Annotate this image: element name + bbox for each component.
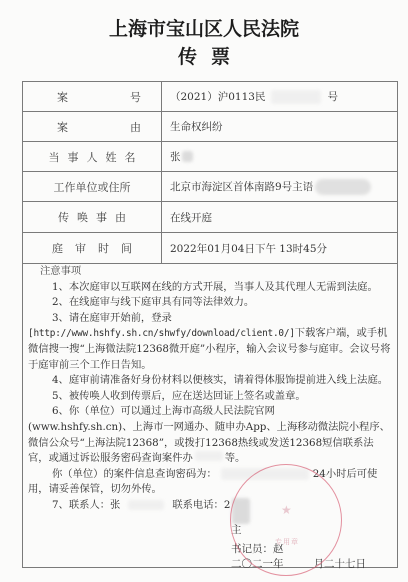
value-hearing-time: 2022年01月04日下午 13时45分 (162, 233, 397, 263)
client-download-link[interactable]: [http://www.hshfy.sh.cn/shwfy/download/c… (28, 328, 295, 339)
label-case-number: 案 号 (23, 82, 162, 111)
notice-section: 注意事项 1、本次庭审以互联网在线的方式开展，当事人及其代理人无需到法庭。 2、… (23, 264, 397, 524)
redacted-block (232, 498, 250, 524)
label-address: 工作单位或住所 (23, 172, 162, 201)
redacted-block (221, 468, 309, 480)
row-case-cause: 案 由 生命权纠纷 (23, 112, 397, 142)
clerk-signature: 书记员：赵 (231, 541, 284, 556)
value-summons-reason: 在线开庭 (162, 202, 397, 232)
court-name: 上海市宝山区人民法院 (0, 14, 408, 41)
document-title: 传票 (0, 42, 408, 69)
redacted-block (128, 500, 164, 510)
notice-item-3-detail: [http://www.hshfy.sh.cn/shwfy/download/c… (28, 326, 391, 373)
notice-heading: 注意事项 (28, 264, 391, 280)
value-party-name: 张 (162, 142, 397, 171)
notice-item-6: 6、你（单位）可以通过上海市高级人民法院官网 (28, 404, 391, 420)
label-case-cause: 案 由 (23, 112, 162, 141)
notice-item-3: 3、请在庭审开始前，登录 (28, 311, 391, 327)
value-case-number: （2021）沪0113民 号 (162, 82, 397, 111)
value-address: 北京市海淀区首体南路9号主语 (162, 172, 397, 201)
notice-item-6-detail: (www.hshfy.sh.cn)、上海市一网通办、随申办App、上海移动微法院… (28, 420, 391, 467)
redacted-block (182, 151, 193, 162)
issue-date: 二〇二一年月二十七日 (231, 556, 366, 571)
row-case-number: 案 号 （2021）沪0113民 号 (23, 82, 397, 112)
redacted-block (271, 90, 321, 104)
value-case-cause: 生命权纠纷 (162, 112, 397, 141)
label-party-name: 当事人姓名 (23, 142, 162, 171)
summons-form: 案 号 （2021）沪0113民 号 案 由 生命权纠纷 当事人姓名 张 工作单… (22, 81, 398, 568)
row-summons-reason: 传唤事由 在线开庭 (23, 202, 397, 233)
notice-item-2: 2、在线庭审与线下庭审具有同等法律效力。 (28, 295, 391, 311)
notice-item-7: 7、联系人：张联系电话：2 (28, 498, 391, 524)
row-address: 工作单位或住所 北京市海淀区首体南路9号主语 (23, 172, 397, 202)
judge-signature: 主 (231, 522, 242, 537)
notice-item-1: 1、本次庭审以互联网在线的方式开展，当事人及其代理人无需到法庭。 (28, 280, 391, 296)
redacted-block (195, 451, 223, 461)
label-hearing-time: 庭审时间 (23, 233, 162, 263)
notice-item-4: 4、庭审前请准备好身份材料以便核实，请着得体服饰提前进入线上法庭。 (28, 373, 391, 389)
redacted-block (315, 179, 371, 195)
notice-password: 你（单位）的案件信息查询密码为：24小时后可使用，请妥善保管，切勿外传。 (28, 467, 391, 498)
label-summons-reason: 传唤事由 (23, 202, 162, 232)
notice-item-5: 5、被传唤人收到传票后，应在送达回证上签名或盖章。 (28, 389, 391, 405)
row-hearing-time: 庭审时间 2022年01月04日下午 13时45分 (23, 233, 397, 264)
row-party-name: 当事人姓名 张 (23, 142, 397, 172)
